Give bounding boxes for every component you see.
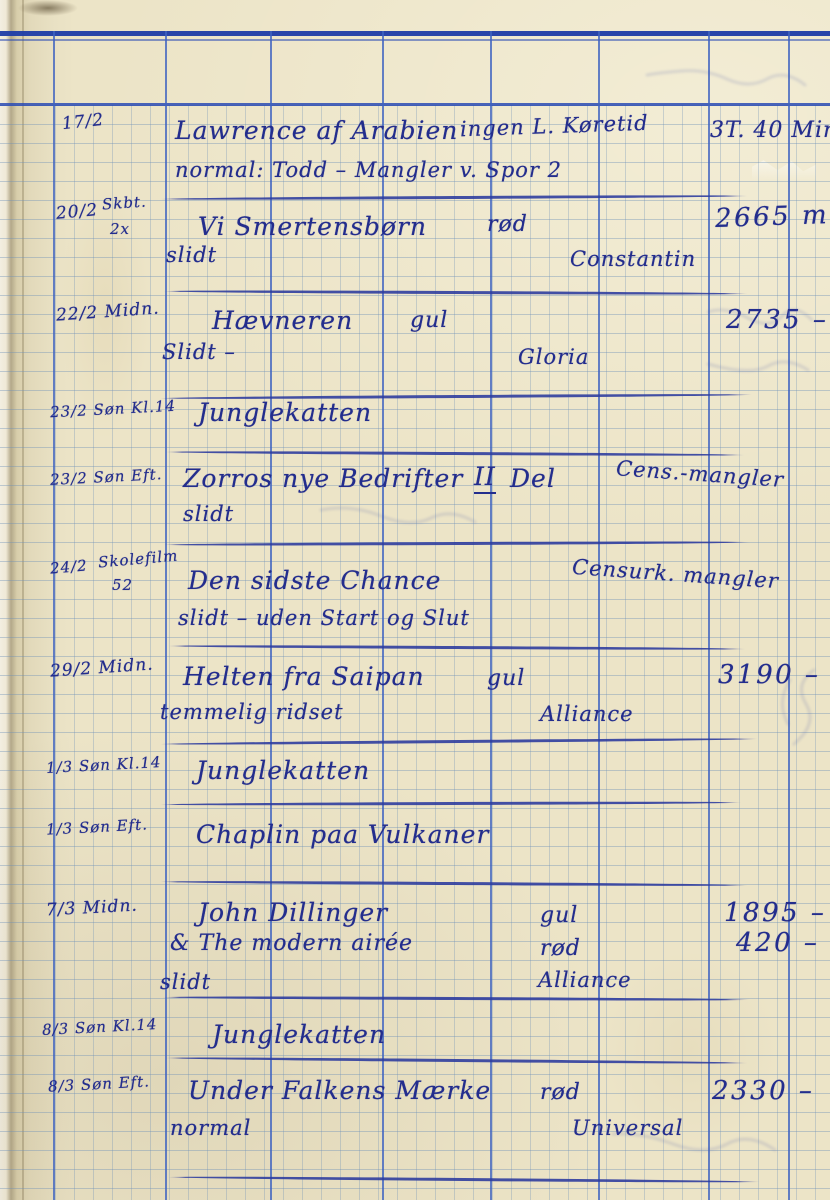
separator-line xyxy=(165,450,745,456)
separator-line xyxy=(160,737,758,745)
entry-date-note2: 52 xyxy=(112,576,133,594)
paper-tear xyxy=(752,158,816,180)
running-time: 3T. 40 Min. xyxy=(710,118,830,143)
film-title: John Dillinger xyxy=(198,898,388,927)
film-title: Vi Smertensbørn xyxy=(198,212,427,241)
entry-date: 23/2 Søn Kl.14 xyxy=(50,397,177,422)
entry-date: 24/2 xyxy=(49,556,88,577)
censor-color: rød xyxy=(487,212,528,237)
censor-color: gul xyxy=(487,666,525,691)
separator-line xyxy=(162,996,750,1002)
ledger-page: 17/2 Lawrence af Arabien ingen L. Køreti… xyxy=(0,0,830,1200)
header-rule xyxy=(0,103,830,106)
censor-color-second: rød xyxy=(540,936,581,961)
film-title: Junglekatten xyxy=(198,398,372,427)
entry-date: 7/3 Midn. xyxy=(46,896,139,921)
quadrille-grid-vertical xyxy=(55,105,830,1200)
entry-date: 23/2 Søn Eft. xyxy=(50,465,163,489)
distributor: Constantin xyxy=(570,247,696,271)
film-part-numeral: II xyxy=(474,462,496,494)
condition-note: slidt xyxy=(183,502,234,526)
film-title: Under Falkens Mærke xyxy=(188,1076,491,1105)
inspection-note: Cens.-mangler xyxy=(615,456,784,492)
top-double-rule-lower xyxy=(0,39,830,41)
column-rule-5 xyxy=(598,31,600,1200)
entry-date-note2: 2x xyxy=(110,220,130,238)
film-length: 2665 m xyxy=(715,200,830,234)
censor-color: gul xyxy=(540,903,578,928)
separator-line xyxy=(168,644,746,650)
ink-bleedthrough xyxy=(640,60,810,100)
price: 2735 – xyxy=(726,305,828,335)
distributor: Gloria xyxy=(518,345,589,369)
film-title: Chaplin paa Vulkaner xyxy=(196,820,489,849)
price-second: 420 – xyxy=(736,928,819,958)
price: 2330 – xyxy=(712,1076,814,1106)
condition-note: slidt xyxy=(166,243,217,267)
separator-line xyxy=(163,541,751,547)
censor-color: rød xyxy=(540,1080,581,1105)
separator-line xyxy=(165,1056,748,1064)
distributor: Alliance xyxy=(540,702,634,726)
film-title: Junglekatten xyxy=(212,1020,386,1049)
entry-date: 17/2 xyxy=(61,110,105,134)
quadrille-grid-horizontal xyxy=(0,105,830,1200)
condition-note: Slidt – xyxy=(162,340,236,364)
film-title: Helten fra Saipan xyxy=(183,662,425,691)
condition-note: normal xyxy=(170,1116,251,1140)
inspection-note: ingen L. Køretid xyxy=(460,111,649,142)
top-double-rule xyxy=(0,31,830,36)
entry-date-note: Skbt. xyxy=(101,192,147,213)
column-rule-6 xyxy=(708,31,710,1200)
censor-color: gul xyxy=(410,308,448,333)
condition-note: slidt xyxy=(160,970,211,994)
price: 1895 – xyxy=(724,898,826,928)
condition-note: temmelig ridset xyxy=(160,700,344,724)
film-title: Junglekatten xyxy=(196,756,370,785)
film-part-word: Del xyxy=(510,464,556,493)
film-title: Den sidste Chance xyxy=(188,566,441,595)
film-title-second: & The modern airée xyxy=(170,931,413,956)
separator-line xyxy=(160,194,748,200)
column-rule-4 xyxy=(490,31,492,1200)
entry-date: 29/2 Midn. xyxy=(49,654,154,681)
separator-line xyxy=(163,290,748,296)
distributor: Universal xyxy=(572,1116,683,1140)
film-title: Zorros nye Bedrifter xyxy=(183,464,463,493)
distributor: Alliance xyxy=(538,968,632,992)
entry-date: 20/2 xyxy=(55,200,99,224)
condition-note: slidt – uden Start og Slut xyxy=(178,606,470,630)
entry-date: 22/2 Midn. xyxy=(55,298,160,325)
entry-date: 1/3 Søn Kl.14 xyxy=(46,753,162,777)
price: 3190 – xyxy=(718,660,820,690)
column-rule-date xyxy=(165,31,167,1200)
entry-date: 8/3 Søn Eft. xyxy=(48,1072,151,1095)
ink-smudge xyxy=(18,0,78,16)
inspection-note: Censurk. mangler xyxy=(571,555,779,593)
ink-bleedthrough xyxy=(300,500,480,540)
film-title: Lawrence af Arabien xyxy=(175,116,458,145)
film-title: Hævneren xyxy=(212,306,353,335)
condition-remark: normal: Todd – Mangler v. Spor 2 xyxy=(175,158,562,182)
separator-line xyxy=(160,801,742,806)
entry-date: 8/3 Søn Kl.14 xyxy=(42,1015,158,1039)
separator-line xyxy=(160,880,748,887)
entry-date: 1/3 Søn Eft. xyxy=(46,815,149,838)
separator-line xyxy=(168,1176,760,1184)
binding-crease xyxy=(22,0,24,1200)
